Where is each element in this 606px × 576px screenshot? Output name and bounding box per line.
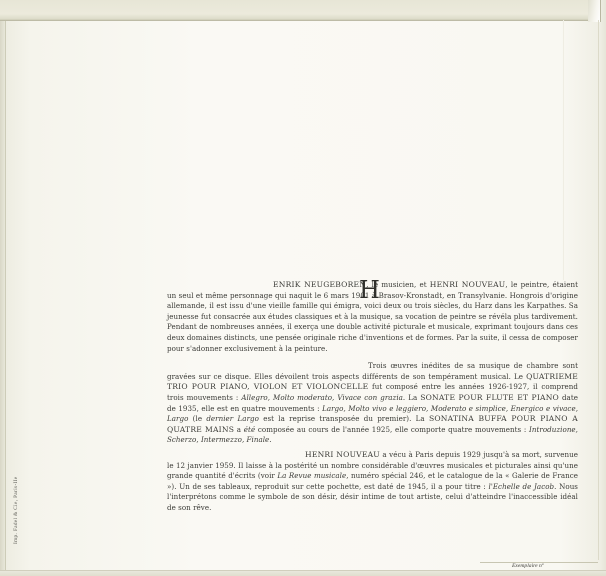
paragraph-legacy: HENRI NOUVEAU a vécu à Paris depuis 1929… <box>167 450 578 514</box>
copy-number-label: Exemplaire nº <box>512 563 544 569</box>
sleeve-crease <box>563 20 564 280</box>
sleeve-flap-fold <box>588 0 601 22</box>
painter-name-2: HENRI NOUVEAU <box>305 450 380 459</box>
paragraph-works: Trois œuvres inédites de sa musique de c… <box>167 361 578 446</box>
sleeve-right-crease <box>598 20 599 560</box>
painter-name: HENRI NOUVEAU <box>430 280 506 289</box>
sleeve-left-edge <box>0 0 6 576</box>
paragraph-biography: HENRIK NEUGEBOREN, le musicien, et HENRI… <box>167 280 578 354</box>
work-sonate: SONATE POUR FLUTE ET PIANO <box>420 393 559 402</box>
sleeve-top-flap <box>0 0 600 21</box>
liner-notes: HENRIK NEUGEBOREN, le musicien, et HENRI… <box>167 280 578 513</box>
printer-credit: Imp. Fadel & Cie, Paris-IIe <box>12 474 22 544</box>
drop-cap: H <box>253 280 380 300</box>
sleeve-bottom-edge <box>0 570 606 576</box>
